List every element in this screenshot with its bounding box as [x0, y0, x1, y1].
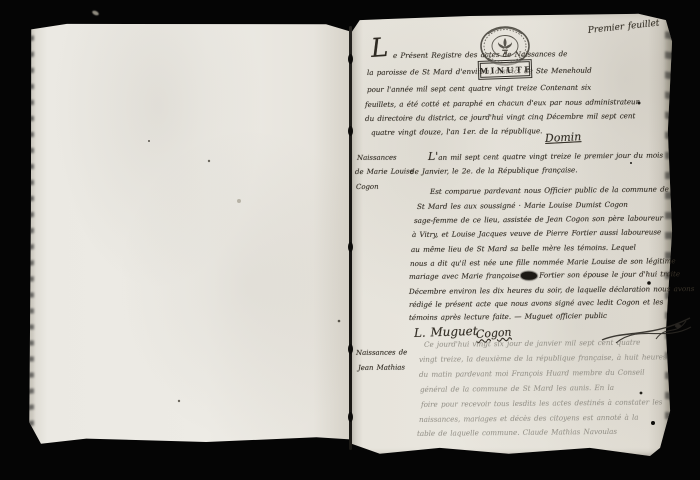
binding-gutter — [349, 26, 352, 450]
entry-line: à Vitry, et Louise Jacques veuve de Pier… — [412, 228, 661, 238]
opening-drop-cap: L — [370, 35, 389, 62]
entry-line: vingt treize, la deuxième de la républiq… — [419, 353, 666, 363]
entry-line: général de la commune de St Mard les aun… — [420, 384, 614, 393]
entry-line: sage-femme de ce lieu, assistée de Jean … — [414, 214, 663, 224]
entry-line: Est comparue pardevant nous Officier pub… — [430, 185, 669, 195]
entry-line: foire pour recevoir tous lesdits les act… — [421, 398, 663, 408]
left-page — [28, 20, 352, 448]
ink-blot — [521, 272, 537, 280]
signature-muguet: L. Muguet — [414, 325, 478, 339]
minute-stamp: MINUTE — [478, 59, 533, 80]
entry-line: table de laquelle commune. Claude Mathia… — [417, 428, 617, 437]
entry-line: de Janvier, le 2e. de la République fran… — [410, 166, 577, 175]
margin-note-line: Naissances de — [356, 349, 407, 357]
opening-line: quatre vingt douze, l'an 1er. de la répu… — [371, 127, 542, 136]
entry-line: témoins après lecture faite. — Muguet of… — [409, 312, 607, 321]
signature-domin: Domin — [545, 131, 582, 144]
entry-line-fragment: Fortier son épouse le jour d'hui traite — [539, 271, 680, 280]
left-page-rough-edge — [28, 20, 34, 448]
entry-line: au même lieu de St Mard sa belle mère le… — [411, 244, 636, 254]
entry-line-fragment: mariage avec Marie françoise — [409, 272, 519, 280]
stitch-knot — [348, 242, 353, 252]
margin-note-line: Naissances — [357, 155, 397, 162]
register-scan: Premier feuillet L e Présent Registre de… — [0, 0, 700, 480]
stitch-knot — [348, 344, 353, 354]
margin-note-line: Cogon — [356, 184, 379, 191]
margin-note-line: Jean Mathias — [358, 365, 405, 372]
dust-specks — [148, 140, 150, 142]
right-page-rough-edge — [665, 12, 674, 460]
entry-line: Ce jourd'hui vingt six jour de janvier m… — [424, 339, 640, 348]
paper-fiber-mark — [91, 10, 99, 17]
entry-line: naissances, mariages et décès des citoye… — [419, 414, 639, 424]
entry-line: St Mard les aux soussigné · Marie Louise… — [417, 201, 628, 210]
opening-line: pour l'année mil sept cent quatre vingt … — [367, 84, 591, 94]
torn-edge-marks — [630, 162, 632, 164]
margin-note-line: de Marie Louise — [355, 168, 414, 176]
stitch-knot — [348, 54, 353, 64]
entry-line: du matin pardevant moi François Huard me… — [419, 369, 645, 379]
signature-cogon: Cogon — [476, 327, 512, 340]
stitch-knot — [348, 126, 353, 136]
entry-line: rédigé le présent acte que nous avons si… — [409, 298, 663, 308]
stitch-knot — [348, 412, 353, 422]
